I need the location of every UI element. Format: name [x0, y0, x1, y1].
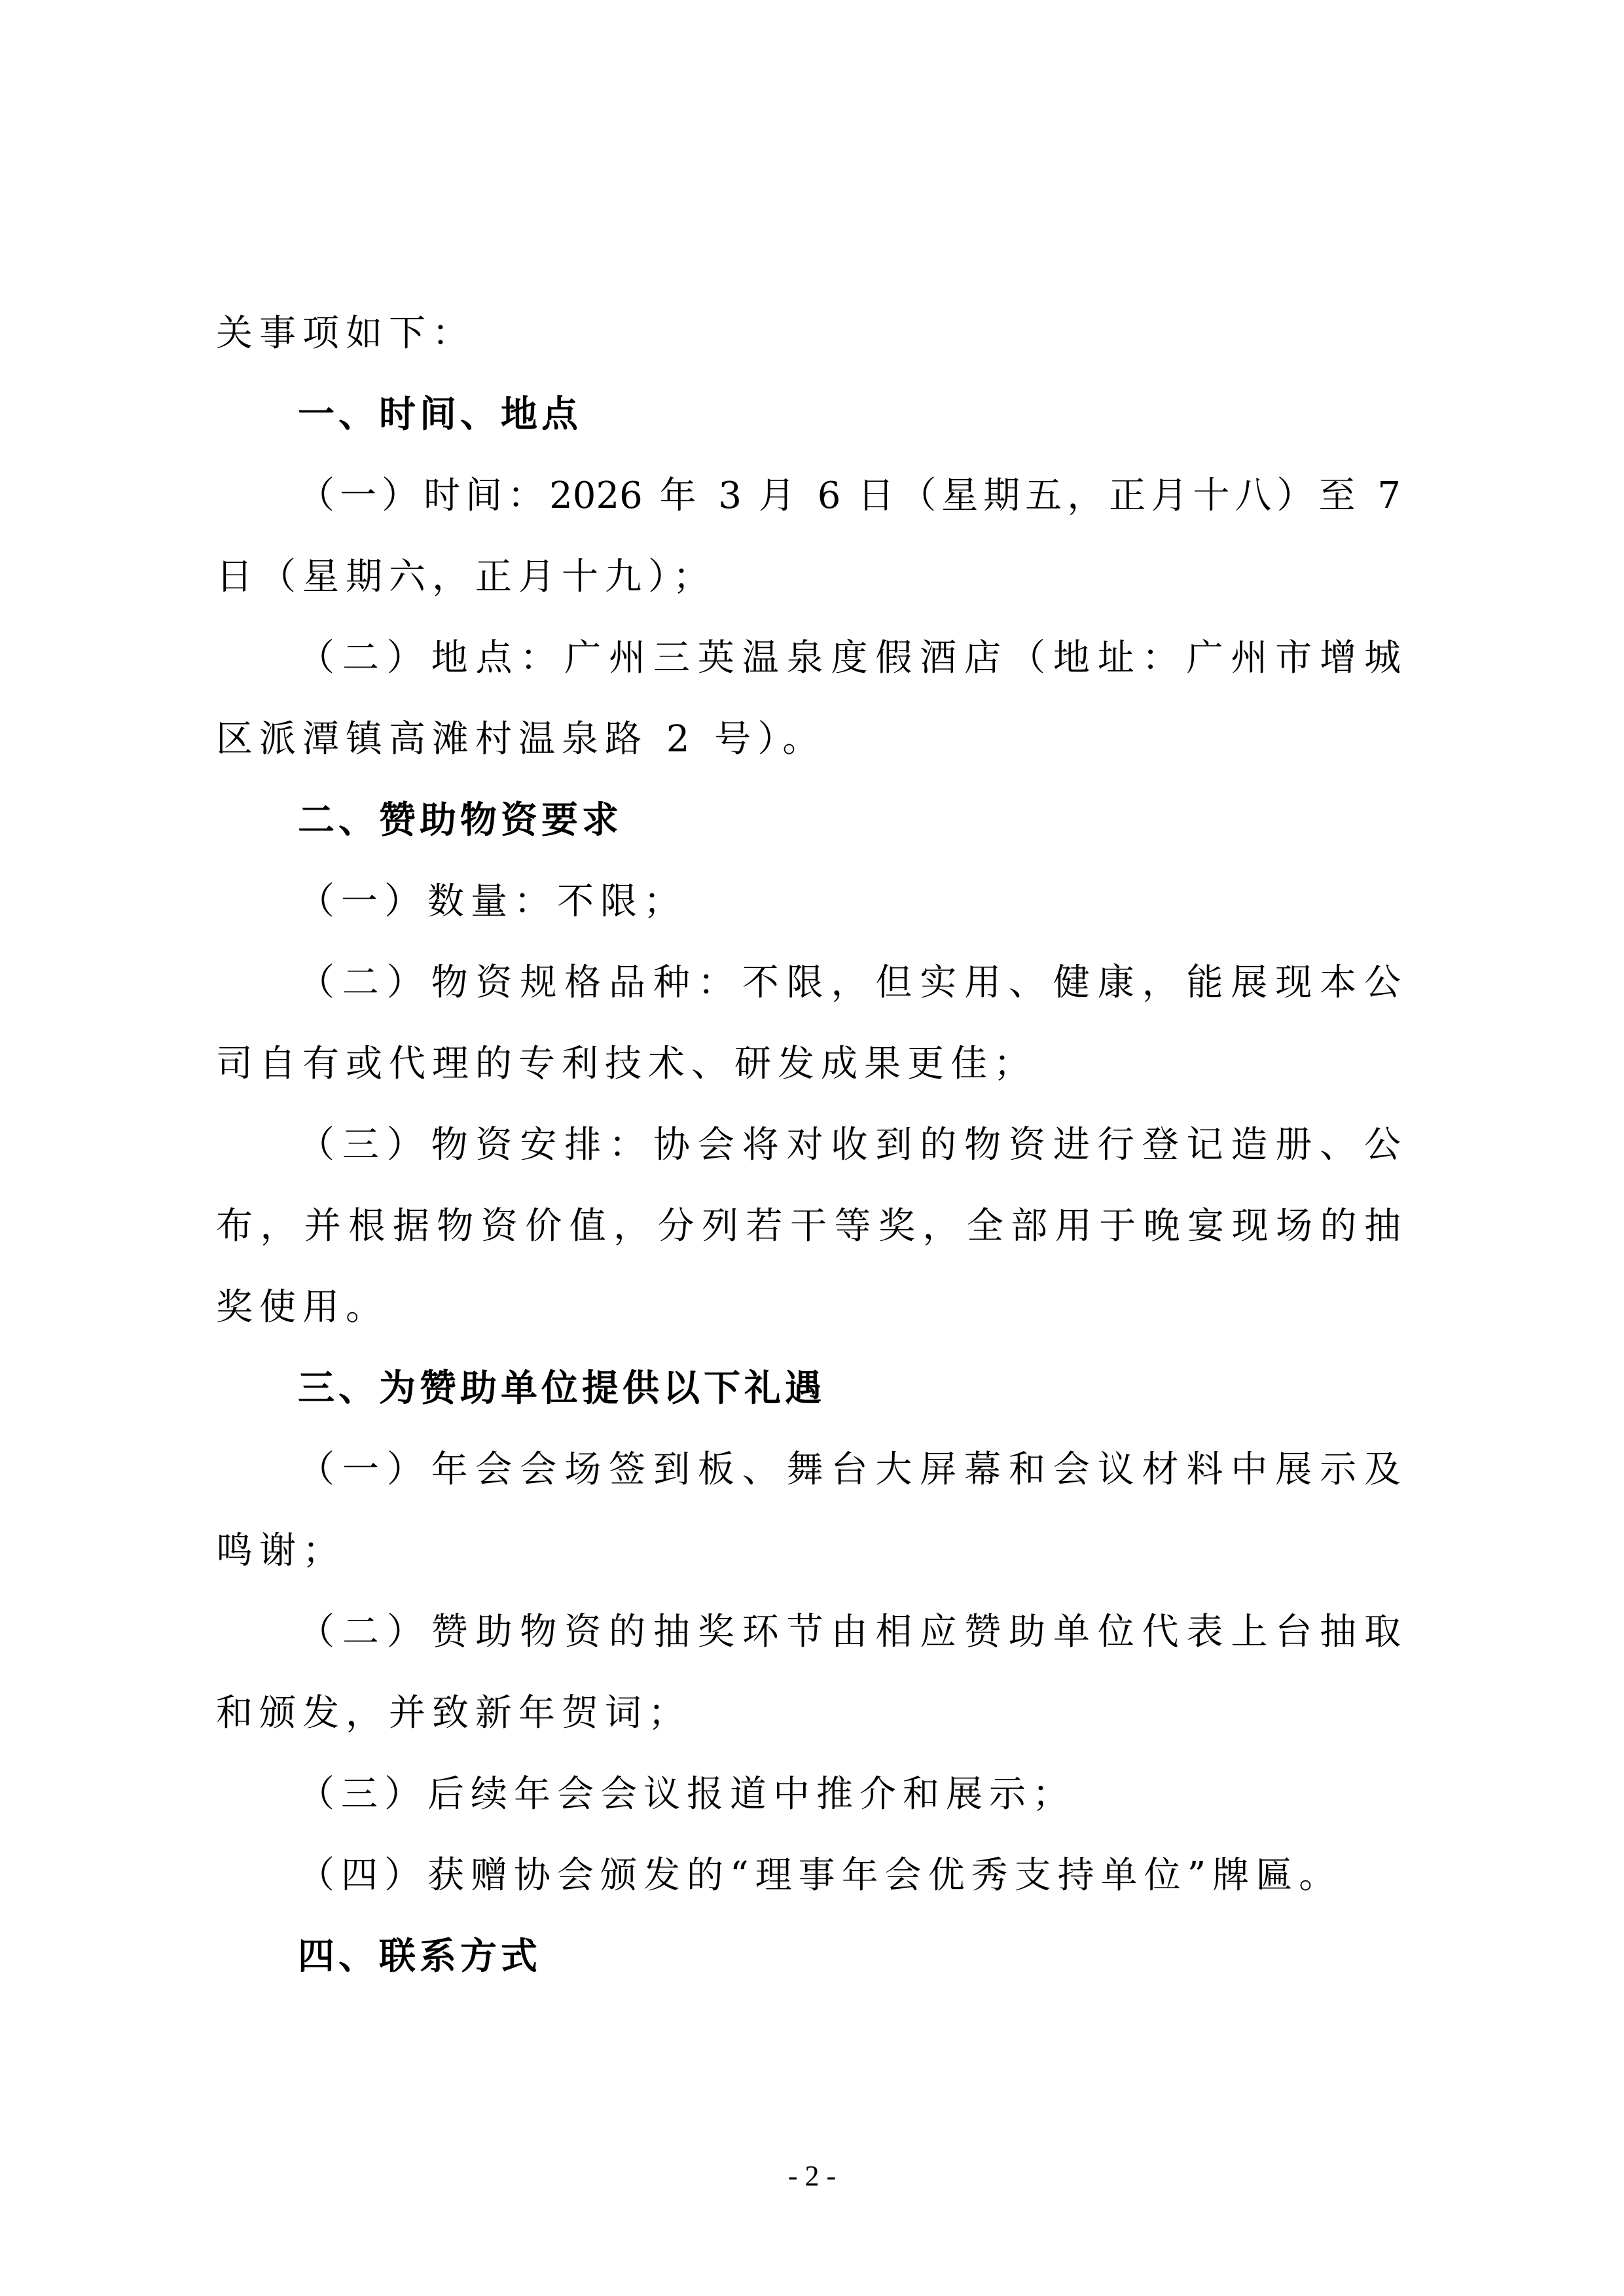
paragraph-location-line1: （二）地点：广州三英温泉度假酒店（地址：广州市增城	[298, 632, 1401, 685]
paragraph-time-line1: （一）时间：2026 年 3 月 6 日（星期五，正月十八）至 7	[298, 470, 1401, 522]
paragraph-benefit3: （三）后续年会会议报道中推介和展示；	[298, 1768, 1401, 1821]
section-heading-sponsor-benefits: 三、为赞助单位提供以下礼遇	[298, 1363, 1483, 1415]
paragraph-location-line2: 区派潭镇高滩村温泉路 2 号）。	[216, 713, 1401, 766]
page-number: - 2 -	[0, 2157, 1624, 2196]
intro-line: 关事项如下：	[216, 308, 1401, 360]
document-page: 关事项如下： 一、时间、地点 （一）时间：2026 年 3 月 6 日（星期五，…	[0, 0, 1624, 2296]
paragraph-specs-line1: （二）物资规格品种：不限，但实用、健康，能展现本公	[298, 957, 1401, 1009]
paragraph-time-line2: 日（星期六，正月十九）；	[216, 551, 1401, 603]
paragraph-quantity: （一）数量：不限；	[298, 876, 1401, 928]
paragraph-benefit1-line2: 鸣谢；	[216, 1525, 1401, 1577]
paragraph-specs-line2: 司自有或代理的专利技术、研发成果更佳；	[216, 1038, 1401, 1090]
paragraph-arrangement-line2: 布，并根据物资价值，分列若干等奖，全部用于晚宴现场的抽	[216, 1200, 1401, 1253]
paragraph-benefit4: （四）获赠协会颁发的“理事年会优秀支持单位”牌匾。	[298, 1850, 1401, 1902]
paragraph-benefit2-line1: （二）赞助物资的抽奖环节由相应赞助单位代表上台抽取	[298, 1606, 1401, 1659]
section-heading-sponsorship-requirements: 二、赞助物资要求	[298, 795, 1483, 847]
paragraph-benefit2-line2: 和颁发，并致新年贺词；	[216, 1687, 1401, 1740]
section-heading-time-location: 一、时间、地点	[298, 389, 1483, 441]
paragraph-arrangement-line3: 奖使用。	[216, 1282, 1401, 1334]
section-heading-contact: 四、联系方式	[298, 1931, 1483, 1983]
paragraph-arrangement-line1: （三）物资安排：协会将对收到的物资进行登记造册、公	[298, 1119, 1401, 1172]
paragraph-benefit1-line1: （一）年会会场签到板、舞台大屏幕和会议材料中展示及	[298, 1444, 1401, 1496]
